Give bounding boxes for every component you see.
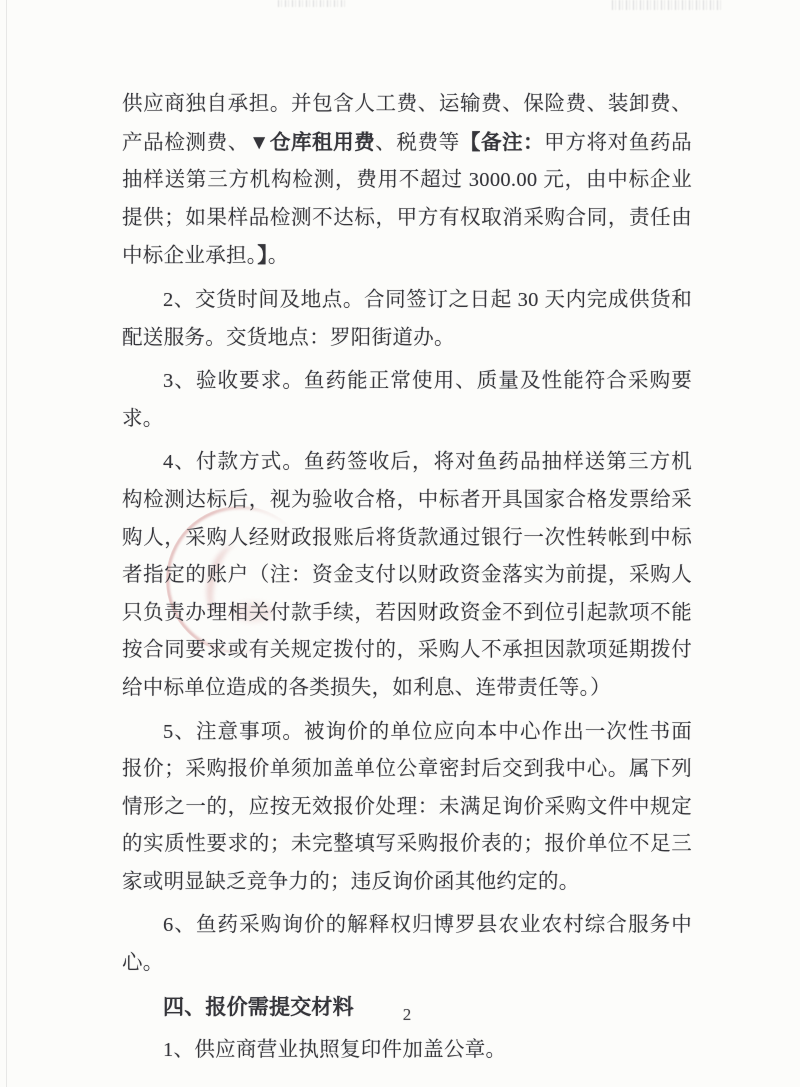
paragraph: 5、注意事项。被询价的单位应向本中心作出一次性书面报价；采购报价单须加盖单位公章… — [122, 714, 692, 902]
text-segment: 6、鱼药采购询价的解释权归博罗县农业农村综合服务中心。 — [122, 914, 692, 974]
document-body: 供应商独自承担。并包含人工费、运输费、保险费、装卸费、产品检测费、▼仓库租用费、… — [122, 86, 692, 1076]
text-segment: 4、付款方式。鱼药签收后，将对鱼药品抽样送第三方机构检测达标后，视为验收合格，中… — [122, 451, 692, 699]
scan-noise-artifact — [278, 0, 348, 7]
text-segment: 。 — [268, 245, 289, 267]
text-segment: 1、供应商营业执照复印件加盖公章。 — [163, 1039, 506, 1061]
text-segment: ▼仓库租用费 — [249, 131, 375, 154]
text-segment: 】 — [257, 244, 267, 267]
paragraph: 1、供应商营业执照复印件加盖公章。 — [122, 1032, 692, 1070]
text-segment: 3、验收要求。鱼药能正常使用、质量及性能符合采购要求。 — [122, 370, 692, 430]
page-number: 2 — [122, 1005, 692, 1025]
document-page: 供应商独自承担。并包含人工费、运输费、保险费、装卸费、产品检测费、▼仓库租用费、… — [0, 0, 800, 1087]
paragraph: 供应商独自承担。并包含人工费、运输费、保险费、装卸费、产品检测费、▼仓库租用费、… — [122, 86, 692, 276]
paragraph: 4、付款方式。鱼药签收后，将对鱼药品抽样送第三方机构检测达标后，视为验收合格，中… — [122, 444, 692, 707]
text-segment: 5、注意事项。被询价的单位应向本中心作出一次性书面报价；采购报价单须加盖单位公章… — [122, 721, 692, 893]
scan-noise-artifact — [612, 0, 724, 10]
paragraph: 3、验收要求。鱼药能正常使用、质量及性能符合采购要求。 — [122, 363, 692, 438]
scan-edge-line — [6, 0, 7, 1087]
paragraph: 2、交货时间及地点。合同签订之日起 30 天内完成供货和配送服务。交货地点：罗阳… — [122, 282, 692, 357]
text-segment: 【备注： — [460, 131, 544, 154]
paragraph: 6、鱼药采购询价的解释权归博罗县农业农村综合服务中心。 — [122, 907, 692, 982]
text-segment: 、税费等 — [375, 132, 460, 154]
text-segment: 2、交货时间及地点。合同签订之日起 30 天内完成供货和配送服务。交货地点：罗阳… — [122, 289, 692, 349]
